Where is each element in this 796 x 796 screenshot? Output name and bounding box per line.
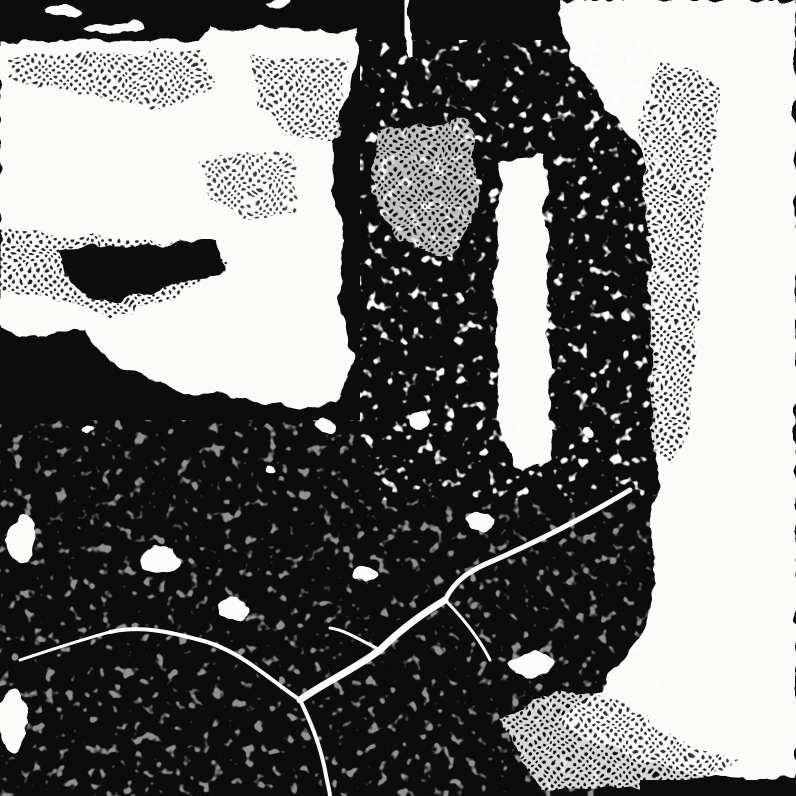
photo-artwork — [0, 0, 796, 796]
halftone-photograph — [0, 0, 796, 796]
vertical-light-streak-2 — [405, 0, 412, 60]
bottom-edge-strip — [640, 780, 796, 796]
panel-lower-highlight — [95, 308, 245, 372]
